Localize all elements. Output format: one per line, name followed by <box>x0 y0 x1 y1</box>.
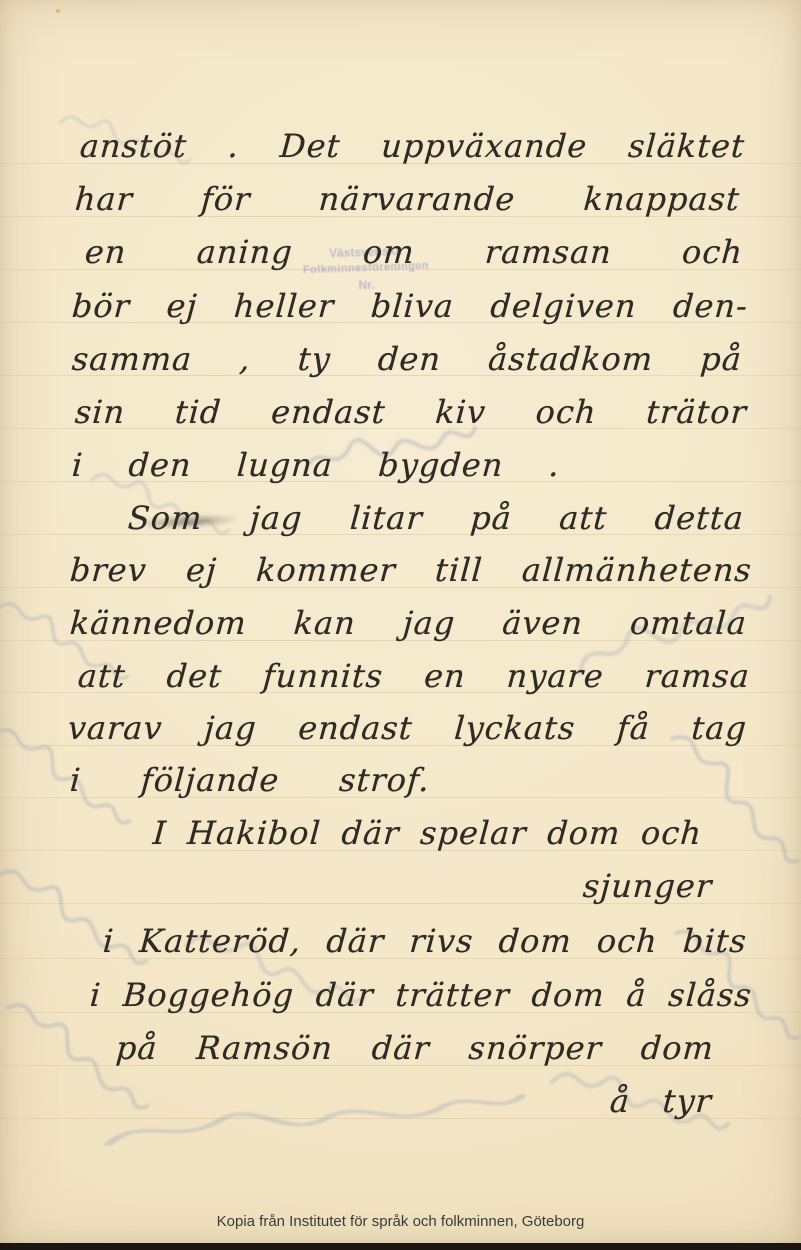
handwritten-line: I Hakibol där spelar dom och <box>151 809 703 857</box>
handwritten-line: brev ej kommer till allmänhetens <box>68 546 753 594</box>
handwritten-line: i Katteröd, där rivs dom och bits <box>101 917 748 965</box>
handwritten-line: anstöt . Det uppväxande släktet <box>78 122 746 170</box>
reproduction-caption: Kopia från Institutet för språk och folk… <box>0 1213 801 1230</box>
scanned-letter-page: Västsvenska Folkminnesföreningen Nr. ans… <box>0 0 801 1250</box>
scan-edge-bar <box>0 1243 801 1250</box>
handwritten-line: har för närvarande knappast <box>73 175 741 223</box>
handwritten-line: en aning om ramsan och <box>83 228 744 276</box>
handwritten-line: i Boggehög där trätter dom å slåss <box>88 971 753 1019</box>
handwritten-line: Som jag litar på att detta <box>126 494 745 542</box>
handwritten-line: på Ramsön där snörper dom <box>114 1024 715 1072</box>
handwritten-line: samma , ty den åstadkom på <box>70 335 743 383</box>
handwritten-line: kännedom kan jag även omtala <box>68 599 748 647</box>
handwritten-line: bör ej heller bliva delgiven den- <box>70 282 749 330</box>
handwritten-line: i följande strof. <box>68 756 431 804</box>
paper-speck <box>56 9 60 13</box>
handwritten-line: i den lugna bygden . <box>70 441 561 489</box>
handwritten-line: sin tid endast kiv och trätor <box>73 388 748 436</box>
handwritten-line: sjunger <box>581 862 694 910</box>
handwritten-line: å tyr <box>608 1077 713 1125</box>
handwritten-line: att det funnits en nyare ramsa <box>76 652 751 700</box>
handwritten-line: varav jag endast lyckats få tag <box>66 704 748 752</box>
